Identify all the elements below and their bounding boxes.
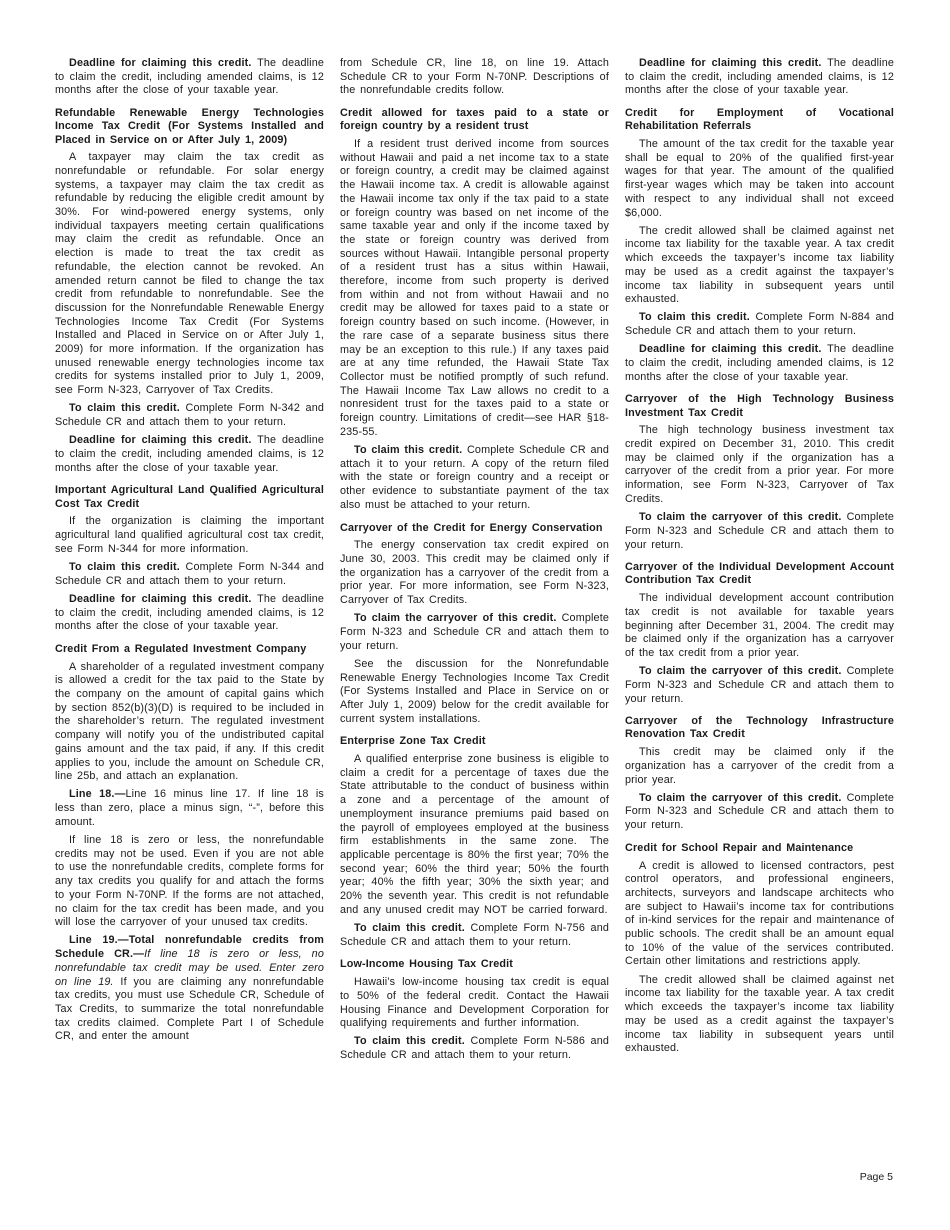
text-run: See the discussion for the Nonrefundable…: [340, 658, 609, 725]
paragraph: To claim this credit. Complete Form N-75…: [340, 922, 609, 949]
text-run: The credit allowed shall be claimed agai…: [625, 225, 894, 306]
text-run: To claim this credit.: [69, 402, 180, 414]
text-run: The individual development account contr…: [625, 592, 894, 659]
paragraph: To claim this credit. Complete Form N-88…: [625, 311, 894, 338]
section-heading: Credit for School Repair and Maintenance: [625, 842, 894, 855]
text-run: Line 18.—: [69, 788, 126, 800]
paragraph: To claim the carryover of this credit. C…: [625, 511, 894, 552]
text-run: To claim this credit.: [69, 561, 180, 573]
text-run: Deadline for claiming this credit.: [69, 434, 252, 446]
section-heading: Carryover of the Technology Infrastructu…: [625, 715, 894, 741]
text-run: The energy conservation tax credit expir…: [340, 539, 609, 606]
paragraph: Deadline for claiming this credit. The d…: [625, 57, 894, 98]
text-run: A taxpayer may claim the tax credit as n…: [55, 151, 324, 396]
text-run: To claim this credit.: [354, 1035, 465, 1047]
paragraph: A credit is allowed to licensed contract…: [625, 860, 894, 970]
text-run: Hawaii’s low-income housing tax credit i…: [340, 976, 609, 1029]
text-run: To claim the carryover of this credit.: [354, 612, 557, 624]
text-run: A qualified enterprise zone business is …: [340, 753, 609, 916]
text-run: If a resident trust derived income from …: [340, 138, 609, 438]
section-heading: Carryover of the Individual Development …: [625, 561, 894, 587]
paragraph: To claim this credit. Complete Form N-34…: [55, 561, 324, 588]
text-run: To claim the carryover of this credit.: [639, 665, 842, 677]
section-heading: Low-Income Housing Tax Credit: [340, 958, 609, 971]
text-run: To claim the carryover of this credit.: [639, 792, 842, 804]
paragraph: The credit allowed shall be claimed agai…: [625, 225, 894, 307]
section-heading: Credit for Employment of Vocational Reha…: [625, 107, 894, 133]
paragraph: To claim this credit. Complete Form N-34…: [55, 402, 324, 429]
paragraph: See the discussion for the Nonrefundable…: [340, 658, 609, 727]
section-heading: Refundable Renewable Energy Technologies…: [55, 107, 324, 147]
text-run: A shareholder of a regulated investment …: [55, 661, 324, 783]
paragraph: The individual development account contr…: [625, 592, 894, 661]
text-run: Deadline for claiming this credit.: [639, 57, 822, 69]
text-run: Deadline for claiming this credit.: [69, 593, 252, 605]
text-run: The credit allowed shall be claimed agai…: [625, 974, 894, 1055]
paragraph: Deadline for claiming this credit. The d…: [55, 57, 324, 98]
paragraph: The amount of the tax credit for the tax…: [625, 138, 894, 220]
paragraph: Deadline for claiming this credit. The d…: [55, 434, 324, 475]
section-heading: Credit From a Regulated Investment Compa…: [55, 643, 324, 656]
text-run: To claim this credit.: [639, 311, 750, 323]
paragraph: If line 18 is zero or less, the nonrefun…: [55, 834, 324, 930]
paragraph: If a resident trust derived income from …: [340, 138, 609, 439]
section-heading: Important Agricultural Land Qualified Ag…: [55, 484, 324, 510]
text-run: If line 18 is zero or less, the nonrefun…: [55, 834, 324, 928]
paragraph: Deadline for claiming this credit. The d…: [55, 593, 324, 634]
text-columns: Deadline for claiming this credit. The d…: [55, 57, 895, 1067]
paragraph: The high technology business investment …: [625, 424, 894, 506]
paragraph: To claim the carryover of this credit. C…: [625, 792, 894, 833]
paragraph: Deadline for claiming this credit. The d…: [625, 343, 894, 384]
section-heading: Carryover of the Credit for Energy Conse…: [340, 522, 609, 535]
paragraph: Line 19.—Total nonrefundable credits fro…: [55, 934, 324, 1044]
section-heading: Credit allowed for taxes paid to a state…: [340, 107, 609, 133]
text-run: The high technology business investment …: [625, 424, 894, 505]
paragraph: A qualified enterprise zone business is …: [340, 753, 609, 917]
section-heading: Carryover of the High Technology Busines…: [625, 393, 894, 419]
paragraph: Hawaii’s low-income housing tax credit i…: [340, 976, 609, 1031]
paragraph: This credit may be claimed only if the o…: [625, 746, 894, 787]
text-run: Deadline for claiming this credit.: [69, 57, 252, 69]
text-run: If the organization is claiming the impo…: [55, 515, 324, 554]
paragraph: To claim the carryover of this credit. C…: [340, 612, 609, 653]
document-page: Deadline for claiming this credit. The d…: [0, 0, 950, 1230]
paragraph: The credit allowed shall be claimed agai…: [625, 974, 894, 1056]
paragraph: If the organization is claiming the impo…: [55, 515, 324, 556]
column-2: from Schedule CR, line 18, on line 19. A…: [340, 57, 609, 1067]
column-3: Deadline for claiming this credit. The d…: [625, 57, 894, 1067]
paragraph: To claim the carryover of this credit. C…: [625, 665, 894, 706]
text-run: A credit is allowed to licensed contract…: [625, 860, 894, 968]
text-run: To claim this credit.: [354, 444, 462, 456]
section-heading: Enterprise Zone Tax Credit: [340, 735, 609, 748]
paragraph: To claim this credit. Complete Form N-58…: [340, 1035, 609, 1062]
text-run: from Schedule CR, line 18, on line 19. A…: [340, 57, 609, 96]
paragraph: To claim this credit. Complete Schedule …: [340, 444, 609, 513]
paragraph: The energy conservation tax credit expir…: [340, 539, 609, 608]
text-run: To claim the carryover of this credit.: [639, 511, 842, 523]
text-run: To claim this credit.: [354, 922, 465, 934]
paragraph: from Schedule CR, line 18, on line 19. A…: [340, 57, 609, 98]
column-1: Deadline for claiming this credit. The d…: [55, 57, 324, 1067]
text-run: The amount of the tax credit for the tax…: [625, 138, 894, 219]
text-run: This credit may be claimed only if the o…: [625, 746, 894, 785]
paragraph: A taxpayer may claim the tax credit as n…: [55, 151, 324, 398]
paragraph: Line 18.—Line 16 minus line 17. If line …: [55, 788, 324, 829]
text-run: Deadline for claiming this credit.: [639, 343, 822, 355]
paragraph: A shareholder of a regulated investment …: [55, 661, 324, 784]
page-number: Page 5: [860, 1171, 893, 1183]
